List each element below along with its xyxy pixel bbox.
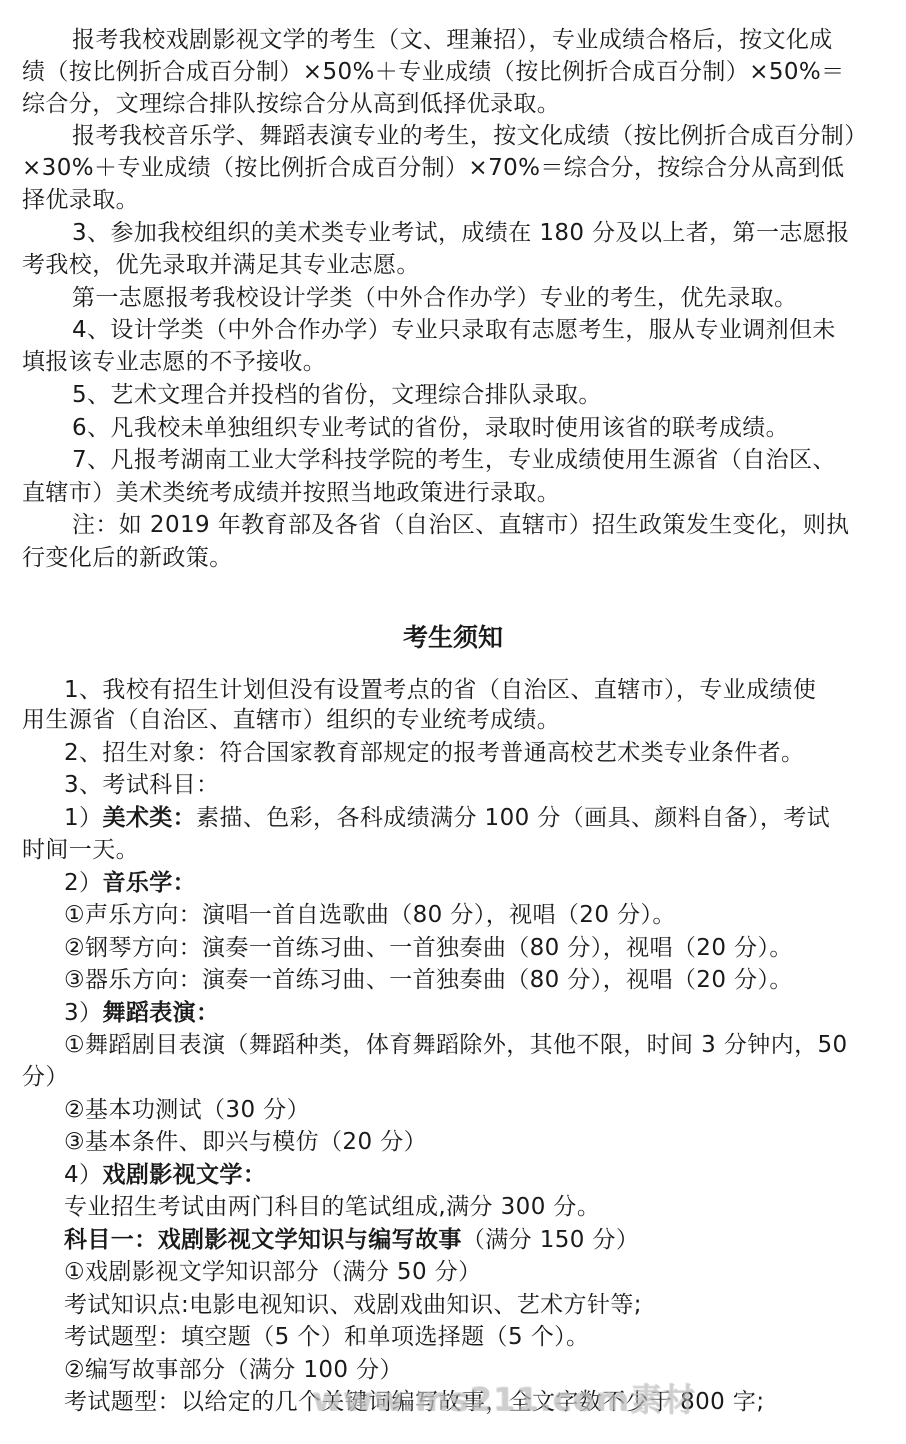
notice-item-1-cont: 用生源省（自治区、直辖市）组织的专业统考成绩。 [22, 705, 886, 735]
paragraph-line: 综合分，文理综合排队按综合分从高到低择优录取。 [22, 89, 886, 119]
subject-1-label: 科目一：戏剧影视文学知识与编写故事 [64, 1227, 462, 1253]
art-label: 美术类： [102, 805, 196, 831]
paragraph-line: 3、参加我校组织的美术类专业考试，成绩在 180 分及以上者，第一志愿报 [72, 218, 886, 248]
notice-item-1: 1、我校有招生计划但没有设置考点的省（自治区、直辖市），专业成绩使 [64, 675, 886, 705]
paragraph-line: 4、设计学类（中外合作办学）专业只录取有志愿考生，服从专业调剂但未 [72, 315, 886, 345]
music-label: 音乐学： [102, 870, 196, 896]
drama-label: 戏剧影视文学： [102, 1162, 266, 1188]
paragraph-line: 绩（按比例折合成百分制）×50%＋专业成绩（按比例折合成百分制）×50%＝ [22, 57, 886, 87]
drama-intro: 专业招生考试由两门科目的笔试组成,满分 300 分。 [64, 1192, 886, 1222]
drama-prefix: 4） [64, 1162, 102, 1188]
music-prefix: 2） [64, 870, 102, 896]
dance-label: 舞蹈表演： [102, 1000, 219, 1026]
paragraph-line: ×30%＋专业成绩（按比例折合成百分制）×70%＝综合分，按综合分从高到低 [22, 153, 886, 183]
dance-item-2: ②基本功测试（30 分） [64, 1095, 886, 1125]
dance-item-1-cont: 分） [22, 1062, 886, 1092]
paragraph-line: 7、凡报考湖南工业大学科技学院的考生，专业成绩使用生源省（自治区、 [72, 445, 886, 475]
drama-part-1: ①戏剧影视文学知识部分（满分 50 分） [64, 1257, 886, 1287]
paragraph-line: 5、艺术文理合并投档的省份，文理综合排队录取。 [72, 380, 886, 410]
notice-item-2: 2、招生对象：符合国家教育部规定的报考普通高校艺术类专业条件者。 [64, 738, 886, 768]
paragraph-line: 报考我校音乐学、舞蹈表演专业的考生，按文化成绩（按比例折合成百分制） [72, 121, 886, 151]
art-prefix: 1） [64, 805, 102, 831]
art-category-cont: 时间一天。 [22, 835, 886, 865]
paragraph-line: 报考我校戏剧影视文学的考生（文、理兼招），专业成绩合格后，按文化成 [72, 25, 886, 55]
paragraph-line: 填报该专业志愿的不予接收。 [22, 347, 886, 377]
dance-category-line: 3）舞蹈表演： [64, 998, 886, 1028]
dance-item-1: ①舞蹈剧目表演（舞蹈种类，体育舞蹈除外，其他不限，时间 3 分钟内，50 [64, 1030, 886, 1060]
paragraph-line: 行变化后的新政策。 [22, 543, 886, 573]
drama-part-1-types: 考试题型：填空题（5 个）和单项选择题（5 个）。 [64, 1322, 886, 1352]
notice-item-3: 3、考试科目： [64, 770, 886, 800]
paragraph-line: 直辖市）美术类统考成绩并按照当地政策进行录取。 [22, 478, 886, 508]
art-text: 素描、色彩，各科成绩满分 100 分（画具、颜料自备），考试 [196, 805, 830, 831]
paragraph-line: 择优录取。 [22, 185, 886, 215]
dance-prefix: 3） [64, 1000, 102, 1026]
paragraph-line: 第一志愿报考我校设计学类（中外合作办学）专业的考生，优先录取。 [72, 283, 886, 313]
music-category-line: 2）音乐学： [64, 868, 886, 898]
subject-1-score: （满分 150 分） [462, 1227, 640, 1253]
drama-subject-1: 科目一：戏剧影视文学知识与编写故事（满分 150 分） [64, 1225, 886, 1255]
dance-item-3: ③基本条件、即兴与模仿（20 分） [64, 1127, 886, 1157]
music-item-piano: ②钢琴方向：演奏一首练习曲、一首独奏曲（80 分），视唱（20 分）。 [64, 933, 886, 963]
paragraph-line: 6、凡我校未单独组织专业考试的省份，录取时使用该省的联考成绩。 [72, 413, 886, 443]
drama-part-1-points: 考试知识点:电影电视知识、戏剧戏曲知识、艺术方针等; [64, 1290, 886, 1320]
art-category-line: 1）美术类：素描、色彩，各科成绩满分 100 分（画具、颜料自备），考试 [64, 803, 886, 833]
watermark: www.ms211.com素材 [312, 1374, 695, 1420]
paragraph-line: 考我校，优先录取并满足其专业志愿。 [22, 250, 886, 280]
section-title: 考生须知 [0, 622, 906, 654]
music-item-instrument: ③器乐方向：演奏一首练习曲、一首独奏曲（80 分），视唱（20 分）。 [64, 965, 886, 995]
music-item-vocal: ①声乐方向：演唱一首自选歌曲（80 分），视唱（20 分）。 [64, 900, 886, 930]
paragraph-line: 注：如 2019 年教育部及各省（自治区、直辖市）招生政策发生变化，则执 [72, 510, 886, 540]
drama-category-line: 4）戏剧影视文学： [64, 1160, 886, 1190]
